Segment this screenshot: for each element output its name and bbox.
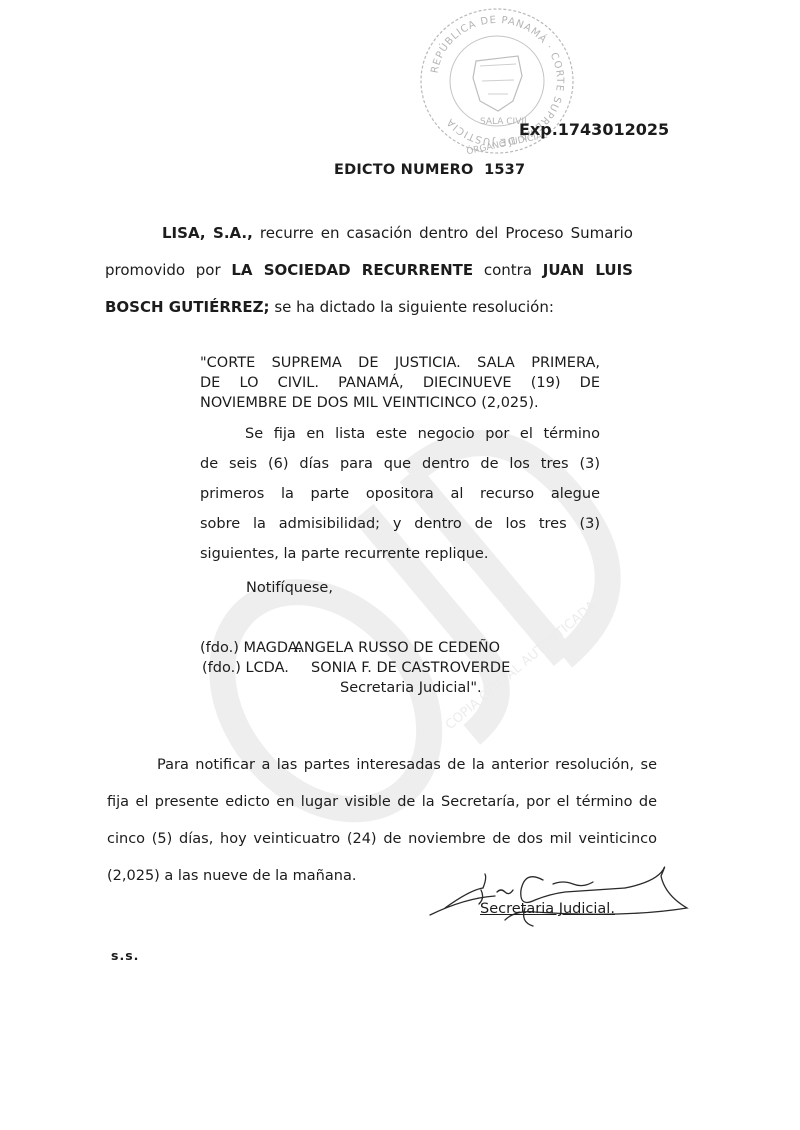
- notice-line: cinco (5) días, hoy veinticuatro (24) de…: [107, 821, 657, 858]
- signature-prefix: (fdo.) MAGDA.: [200, 638, 288, 658]
- signature-name: Secretaria Judicial".: [340, 678, 482, 698]
- resolution-signatures: (fdo.) MAGDA.ANGELA RUSSO DE CEDEÑO (fdo…: [200, 638, 510, 698]
- party-name: LA SOCIEDAD RECURRENTE: [231, 261, 473, 279]
- resolution-heading: "CORTE SUPREMA DE JUSTICIA. SALA PRIMERA…: [200, 353, 600, 413]
- intro-paragraph: LISA, S.A., recurre en casación dentro d…: [105, 215, 633, 326]
- resolution-heading-line: "CORTE SUPREMA DE JUSTICIA. SALA PRIMERA…: [200, 353, 600, 373]
- intro-line: BOSCH GUTIÉRREZ; se ha dictado la siguie…: [105, 289, 633, 326]
- resolution-body-line: siguientes, la parte recurrente replique…: [200, 539, 600, 569]
- resolution-body-line: Se fija en lista este negocio por el tér…: [200, 419, 600, 449]
- intro-line: promovido por LA SOCIEDAD RECURRENTE con…: [105, 252, 633, 289]
- party-name: LISA, S.A.,: [162, 224, 253, 242]
- signature-row: Secretaria Judicial".: [200, 678, 510, 698]
- initials: s.s.: [111, 948, 139, 963]
- handwritten-signature-icon: [425, 860, 695, 930]
- intro-line: LISA, S.A., recurre en casación dentro d…: [105, 215, 633, 252]
- notify-line: Notifíquese,: [246, 580, 333, 596]
- resolution-body-line: de seis (6) días para que dentro de los …: [200, 449, 600, 479]
- intro-text: se ha dictado la siguiente resolución:: [270, 298, 554, 316]
- expediente-number: Exp.1743012025: [519, 120, 669, 139]
- intro-text: recurre en casación dentro del Proceso S…: [253, 224, 633, 242]
- party-name: JUAN LUIS: [543, 261, 633, 279]
- notice-line: Para notificar a las partes interesadas …: [107, 747, 657, 784]
- resolution-heading-line: NOVIEMBRE DE DOS MIL VEINTICINCO (2,025)…: [200, 393, 600, 413]
- resolution-body-line: sobre la admisibilidad; y dentro de los …: [200, 509, 600, 539]
- resolution-body: Se fija en lista este negocio por el tér…: [200, 419, 600, 569]
- resolution-body-line: primeros la parte opositora al recurso a…: [200, 479, 600, 509]
- signature-name: SONIA F. DE CASTROVERDE: [311, 658, 510, 678]
- signature-row: (fdo.) LCDA.SONIA F. DE CASTROVERDE: [200, 658, 510, 678]
- intro-text: contra: [473, 261, 543, 279]
- signature-prefix: [200, 678, 288, 698]
- signer-title: Secretaria Judicial.: [480, 901, 615, 917]
- edict-title: EDICTO NUMERO 1537: [334, 162, 525, 178]
- resolution-heading-line: DE LO CIVIL. PANAMÁ, DIECINUEVE (19) DE: [200, 373, 600, 393]
- notice-line: fija el presente edicto en lugar visible…: [107, 784, 657, 821]
- signature-row: (fdo.) MAGDA.ANGELA RUSSO DE CEDEÑO: [200, 638, 510, 658]
- intro-text: promovido por: [105, 261, 231, 279]
- party-name: BOSCH GUTIÉRREZ;: [105, 298, 270, 316]
- signature-name: ANGELA RUSSO DE CEDEÑO: [294, 638, 500, 658]
- signature-prefix: (fdo.) LCDA.: [200, 658, 293, 678]
